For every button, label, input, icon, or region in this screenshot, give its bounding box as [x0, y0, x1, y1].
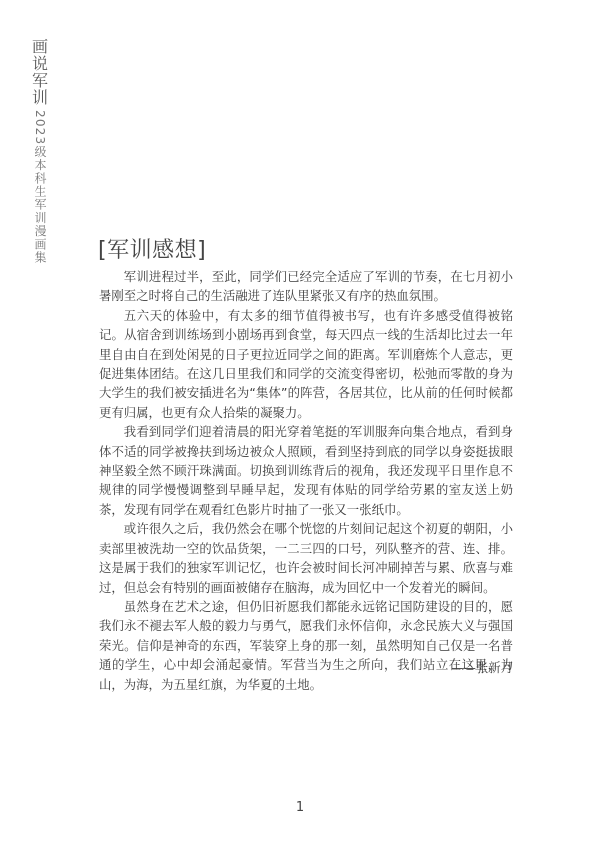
- paragraph: 我看到同学们迎着清晨的阳光穿着笔挺的军训服奔向集合地点，看到身体不适的同学被搀扶…: [99, 422, 513, 519]
- page-number: 1: [0, 800, 600, 815]
- paragraph: 虽然身在艺术之途，但仍旧祈愿我们都能永远铭记国防建设的目的，愿我们永不褪去军人般…: [99, 597, 513, 694]
- essay-body: 军训进程过半，至此，同学们已经完全适应了军训的节奏，在七月初小暑刚至之时将自己的…: [99, 267, 513, 694]
- book-subtitle-vertical: 2023级本科生军训漫画集: [31, 110, 49, 264]
- author-signature: ——张新月: [99, 658, 513, 676]
- paragraph: 或许很久之后，我仍然会在哪个恍惚的片刻间记起这个初夏的朝阳，小卖部里被洗劫一空的…: [99, 519, 513, 597]
- section-heading: [军训感想]: [98, 233, 206, 264]
- paragraph: 军训进程过半，至此，同学们已经完全适应了军训的节奏，在七月初小暑刚至之时将自己的…: [99, 267, 513, 306]
- paragraph: 五六天的体验中，有太多的细节值得被书写，也有许多感受值得被铭记。从宿舍到训练场到…: [99, 306, 513, 422]
- book-title-vertical: 画说军训: [31, 38, 49, 106]
